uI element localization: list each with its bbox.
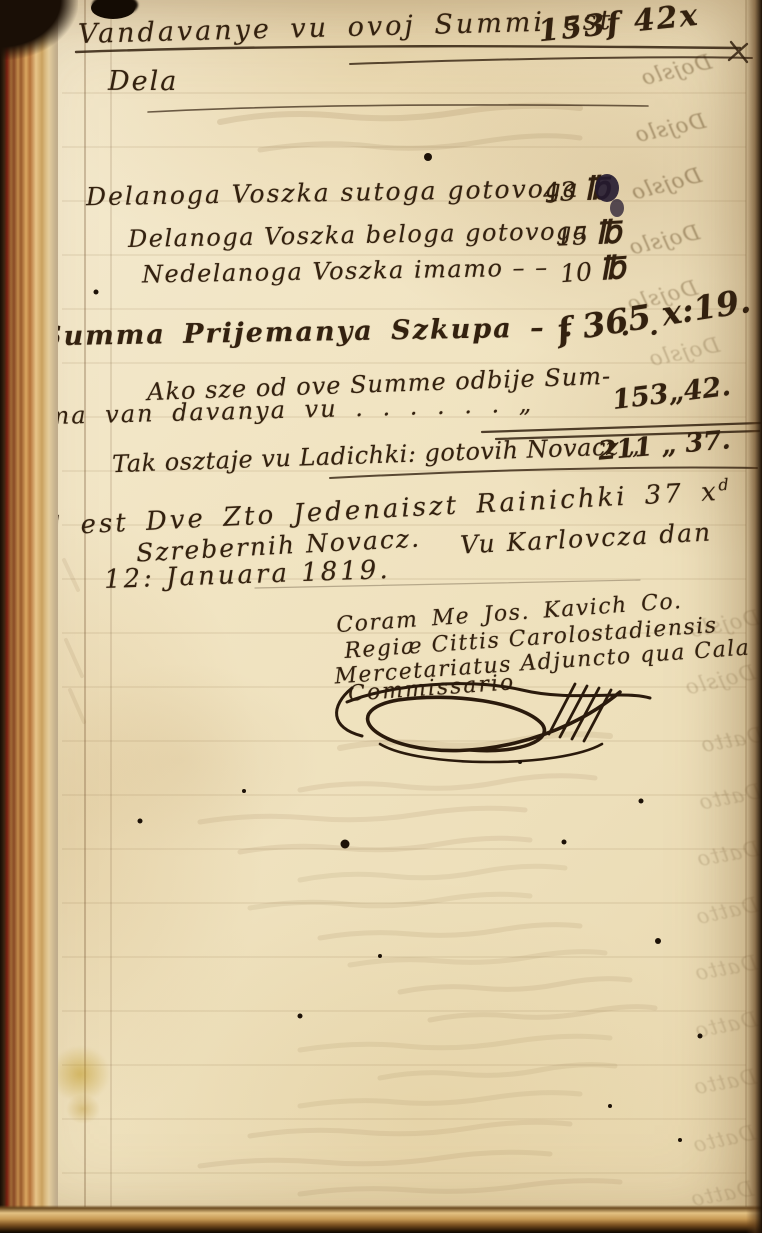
page-edge-shadow-right bbox=[746, 0, 762, 1233]
book-binding-left bbox=[0, 0, 58, 1233]
carryover-underline-2 bbox=[350, 57, 752, 64]
manuscript-page: Dojslo Dojslo Dojslo Dojslo Dojslo Dojsl… bbox=[0, 0, 762, 1233]
tally-cross-mark bbox=[729, 42, 747, 62]
paper-stain bbox=[66, 1094, 100, 1124]
remainder-underline bbox=[330, 467, 757, 478]
dela-underline bbox=[148, 105, 648, 112]
carryover-underline bbox=[76, 46, 740, 52]
ink-specks bbox=[91, 0, 703, 1142]
photo-dark-corner bbox=[0, 0, 78, 60]
deduction-rule bbox=[482, 423, 760, 439]
ink-stroke-layer bbox=[0, 0, 762, 1233]
date-faint-rule bbox=[255, 580, 640, 588]
signature-flourish bbox=[337, 684, 650, 762]
book-page-edges-bottom bbox=[0, 1205, 762, 1233]
manuscript-photo: Dojslo Dojslo Dojslo Dojslo Dojslo Dojsl… bbox=[0, 0, 762, 1233]
